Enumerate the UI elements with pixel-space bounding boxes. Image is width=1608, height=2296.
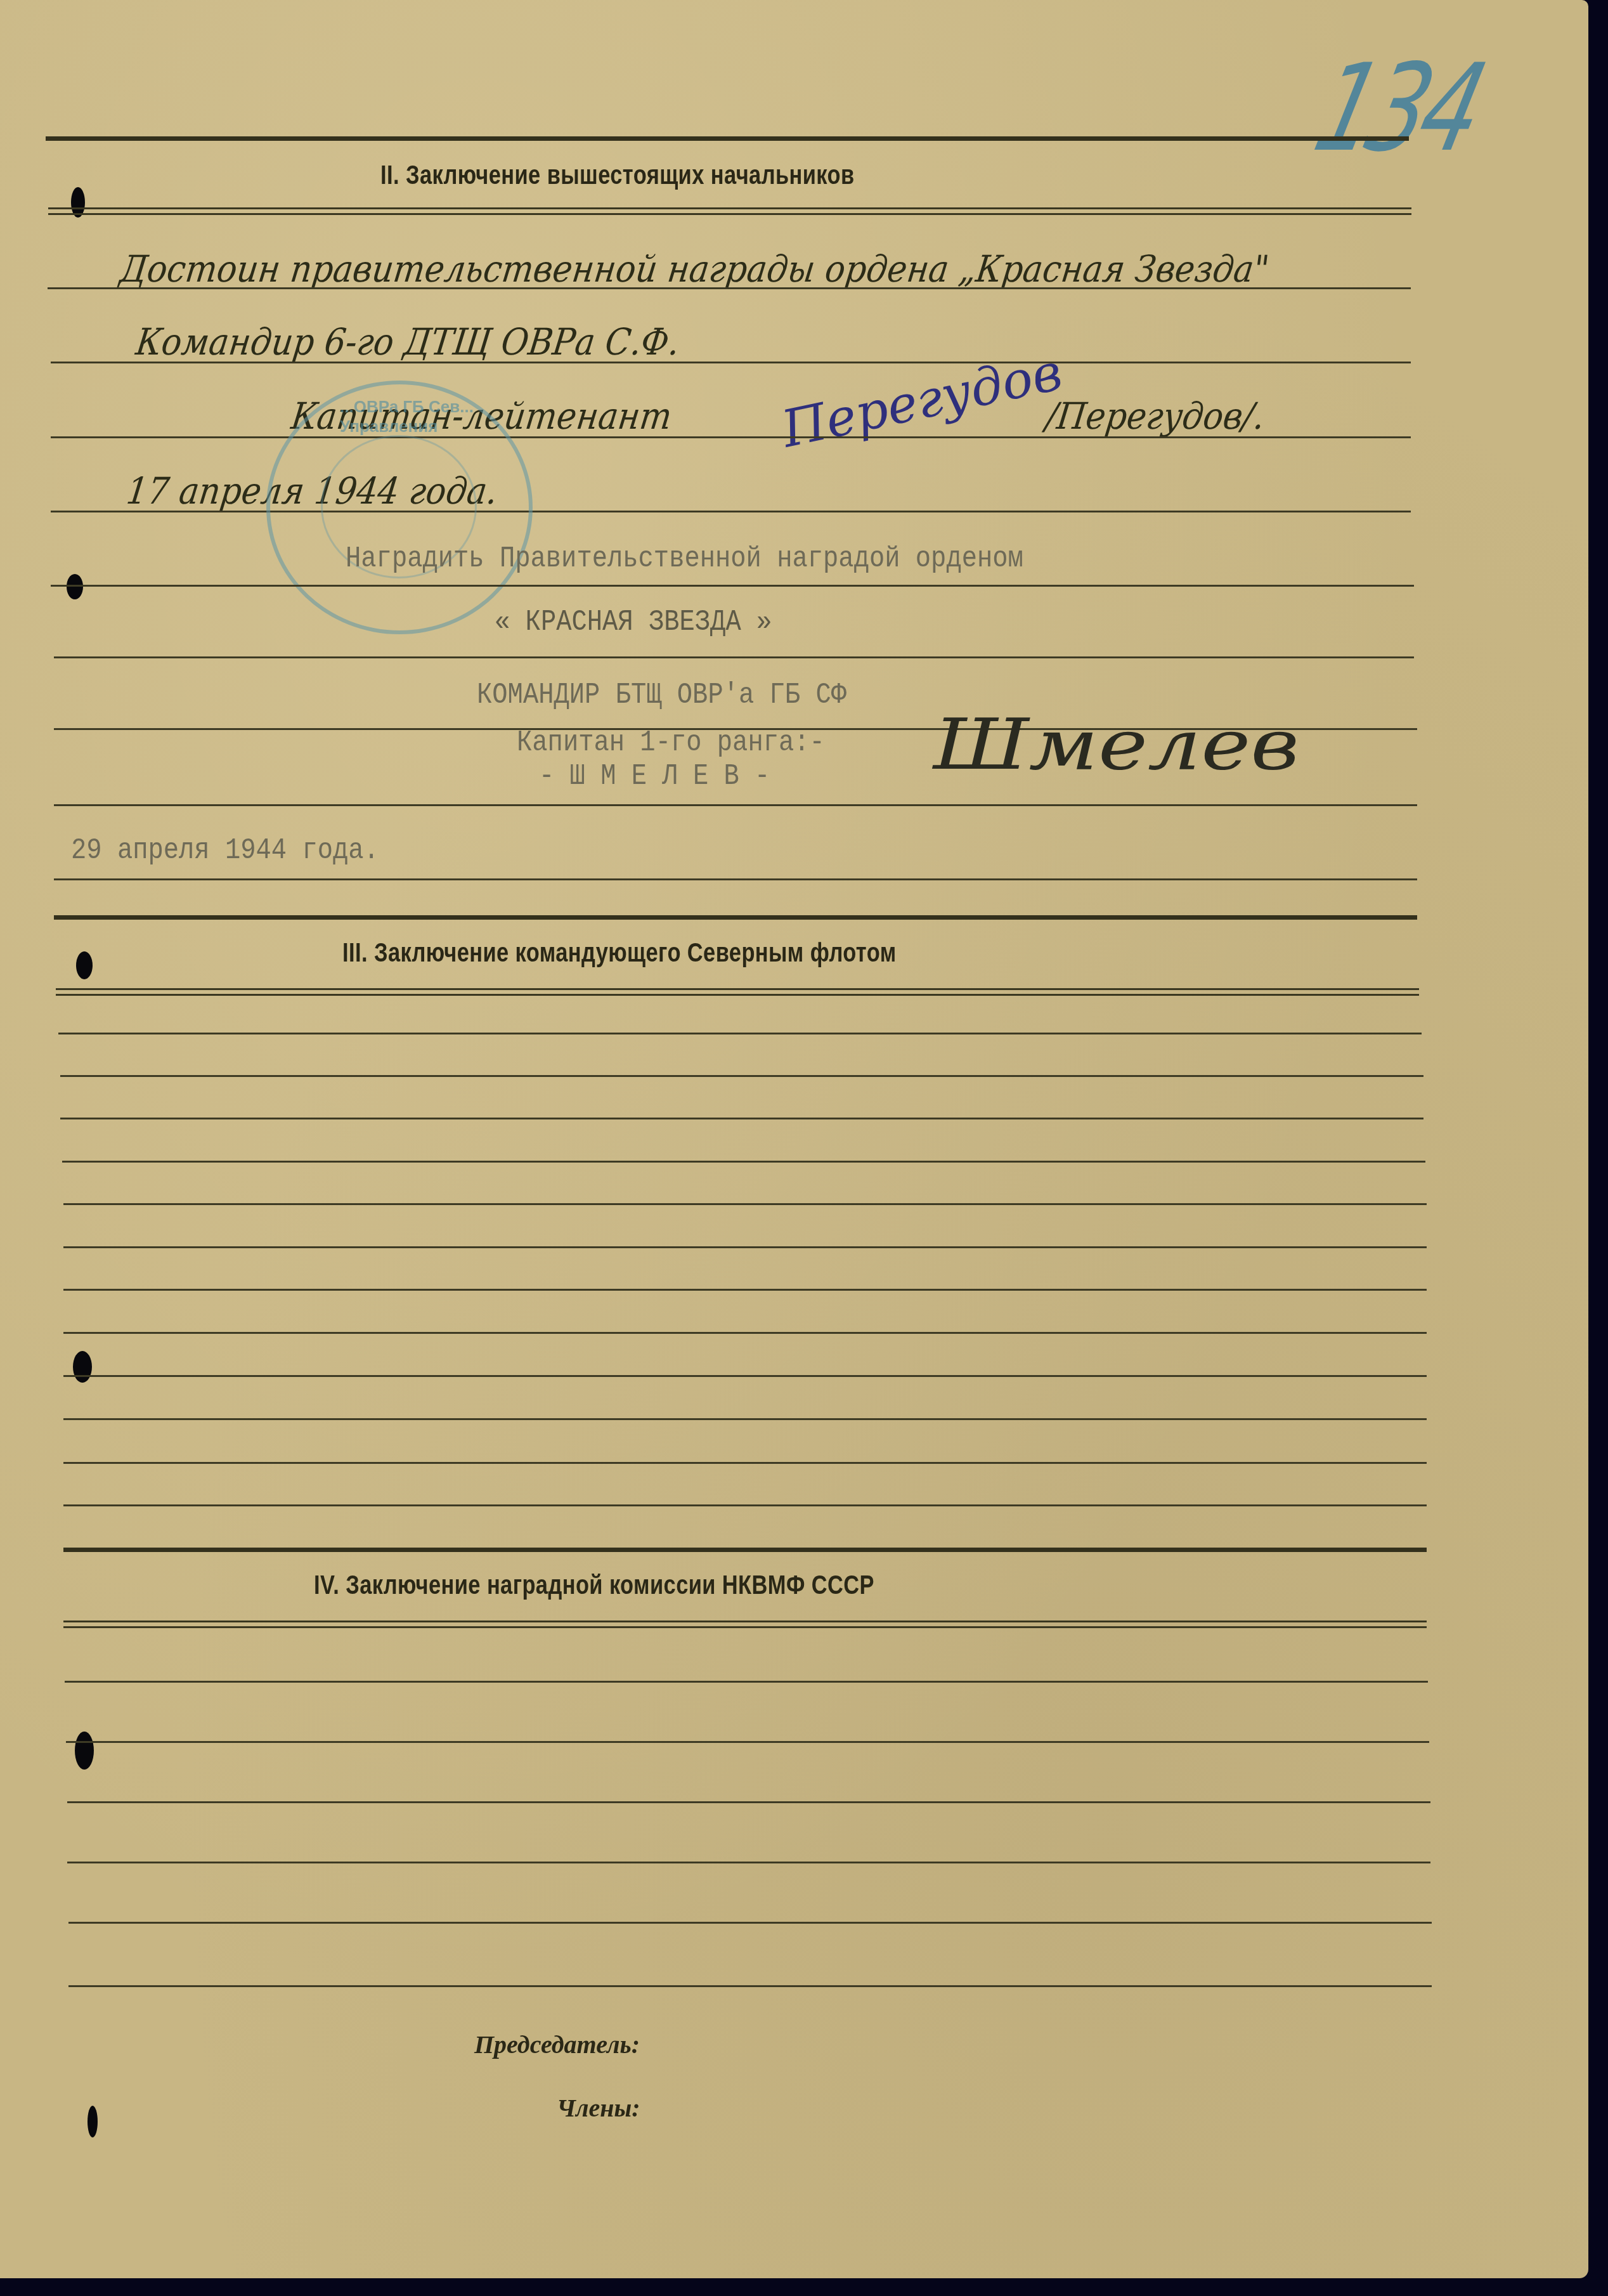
- section-divider: [48, 207, 1411, 215]
- signature-peregudov: Перегудов: [777, 342, 1067, 459]
- ruled-line: [54, 656, 1414, 658]
- ruled-line: [63, 1504, 1427, 1506]
- ruled-line: [63, 1332, 1427, 1334]
- signature-shmelev: Шмелев: [933, 704, 1299, 785]
- ruled-line: [67, 1801, 1430, 1803]
- punch-hole: [76, 951, 93, 979]
- ruled-line: [54, 804, 1417, 806]
- punch-hole: [75, 1732, 94, 1770]
- typed-signer-name: - Ш М Е Л Е В -: [539, 760, 770, 793]
- section-divider: [46, 136, 1409, 141]
- ruled-line: [51, 436, 1411, 438]
- section-divider: [63, 1621, 1427, 1628]
- ruled-line: [63, 1246, 1427, 1248]
- ruled-line: [58, 1033, 1422, 1034]
- typed-signer-title: КОМАНДИР БТЩ ОВР'а ГБ СФ: [477, 679, 846, 712]
- handwritten-commander-title: Командир 6-го ДТЩ ОВРа С.Ф.: [134, 320, 682, 363]
- official-seal-stamp: ...ОВРа ГБ Сев... Управления: [266, 381, 533, 634]
- ruled-line: [63, 1375, 1427, 1377]
- ruled-line: [63, 1418, 1427, 1420]
- ruled-line: [62, 1161, 1425, 1163]
- ruled-line: [60, 1075, 1423, 1077]
- section-4-heading: IV. Заключение наградной комиссии НКВМФ …: [314, 1570, 874, 1600]
- typed-signer-rank: Капитан 1-го ранга:-: [517, 726, 825, 759]
- ruled-line: [68, 1922, 1432, 1924]
- ruled-line: [48, 287, 1411, 289]
- typed-order-name: « КРАСНАЯ ЗВЕЗДА »: [495, 606, 772, 639]
- chairman-label: Председатель:: [474, 2030, 640, 2059]
- punch-hole: [88, 2106, 98, 2137]
- handwritten-name: /Перегудов/.: [1044, 395, 1268, 438]
- ruled-line: [63, 1289, 1427, 1291]
- punch-hole: [67, 574, 83, 599]
- section-divider: [56, 988, 1419, 996]
- section-divider: [63, 1548, 1427, 1552]
- members-label: Члены:: [557, 2093, 640, 2123]
- ruled-line: [51, 511, 1411, 512]
- ruled-line: [66, 1741, 1429, 1743]
- ruled-line: [65, 1681, 1428, 1683]
- ruled-line: [67, 1862, 1430, 1863]
- ruled-line: [68, 1985, 1432, 1987]
- document-page: 134 II. Заключение вышестоящих начальник…: [0, 0, 1588, 2278]
- ruled-line: [63, 1462, 1427, 1464]
- section-3-heading: III. Заключение командующего Северным фл…: [342, 937, 897, 968]
- ruled-line: [54, 878, 1417, 880]
- ruled-line: [51, 585, 1414, 587]
- archive-page-number: 134: [1303, 38, 1493, 178]
- ruled-line: [51, 362, 1411, 363]
- typed-resolution-date: 29 апреля 1944 года.: [71, 834, 379, 867]
- ruled-line: [63, 1203, 1427, 1205]
- stamp-text: ...ОВРа ГБ Сев... Управления: [340, 397, 529, 436]
- ruled-line: [60, 1118, 1423, 1119]
- section-divider: [54, 915, 1417, 920]
- section-2-heading: II. Заключение вышестоящих начальников: [380, 160, 855, 190]
- typed-resolution-line-1: Наградить Правительственной наградой орд…: [346, 542, 1023, 575]
- handwritten-recommendation: Достоин правительственной награды ордена…: [118, 247, 1272, 290]
- punch-hole: [73, 1351, 92, 1383]
